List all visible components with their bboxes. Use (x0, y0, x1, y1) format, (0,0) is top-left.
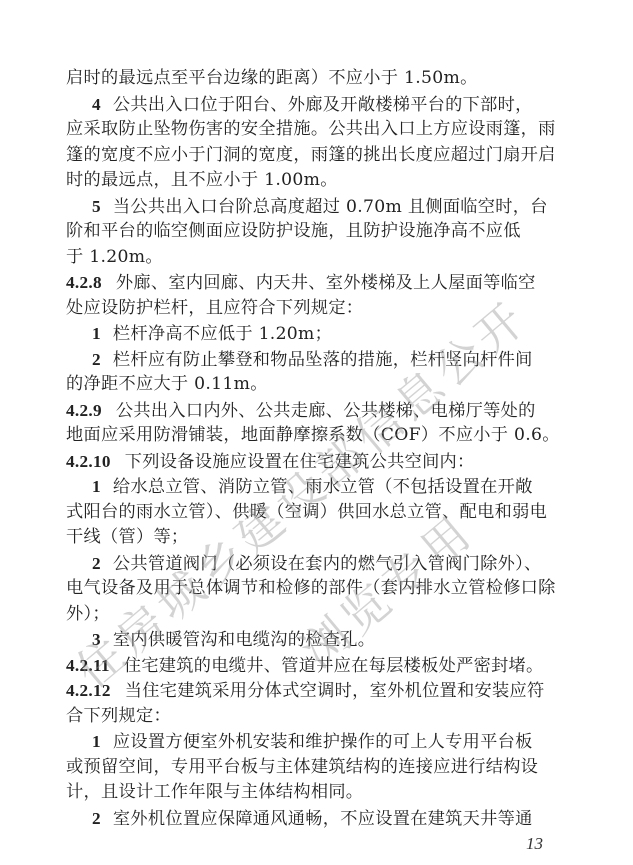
text-line: 干线（管）等； (66, 525, 556, 550)
list-item: 1给水总立管、消防立管、雨水立管（不包括设置在开敞 (66, 474, 556, 500)
line-text: 地面应采用防滑铺装，地面静摩擦系数（COF）不应小于 0.6。 (66, 425, 560, 445)
list-item: 2室外机位置应保障通风通畅，不应设置在建筑天井等通 (66, 806, 556, 832)
line-text: 启时的最远点至平台边缘的距离）不应小于 1.50m。 (66, 68, 478, 88)
list-item: 1应设置方便室外机安装和维护操作的可上人专用平台板 (66, 729, 556, 755)
text-line: 应采取防止坠物伤害的安全措施。公共出入口上方应设雨篷，雨 (66, 117, 556, 142)
section-clause: 4.2.10下列设备设施应设置在住宅建筑公共空间内： (66, 449, 556, 475)
item-number: 1 (92, 474, 101, 499)
line-text: 当住宅建筑采用分体式空调时，室外机位置和安装应符 (125, 681, 545, 701)
line-text: 应采取防止坠物伤害的安全措施。公共出入口上方应设雨篷，雨 (66, 119, 556, 139)
line-text: 时的最远点，且不应小于 1.00m。 (66, 170, 338, 190)
text-line: 时的最远点，且不应小于 1.00m。 (66, 168, 556, 193)
line-text: 或预留空间，专用平台板与主体建筑结构的连接应进行结构设 (66, 757, 538, 777)
line-text: 室内供暖管沟和电缆沟的检查孔。 (113, 630, 375, 650)
section-clause: 4.2.9公共出入口内外、公共走廊、公共楼梯、电梯厅等处的 (66, 398, 556, 424)
line-text: 篷的宽度不应小于门洞的宽度，雨篷的挑出长度应超过门扇开启 (66, 145, 556, 165)
line-text: 干线（管）等； (66, 527, 188, 547)
line-text: 当公共出入口台阶总高度超过 0.70m 且侧面临空时，台 (113, 197, 548, 217)
item-number: 2 (92, 551, 101, 576)
section-number: 4.2.8 (66, 270, 102, 295)
item-number: 1 (92, 729, 101, 754)
line-text: 给水总立管、消防立管、雨水立管（不包括设置在开敞 (113, 477, 533, 497)
text-line: 合下列规定： (66, 704, 556, 729)
line-text: 处应设防护栏杆，且应符合下列规定： (66, 298, 363, 318)
item-number: 5 (92, 194, 101, 219)
item-number: 2 (92, 806, 101, 831)
line-text: 的净距不应大于 0.11m。 (66, 374, 268, 394)
line-text: 下列设备设施应设置在住宅建筑公共空间内： (125, 452, 475, 472)
text-line: 电气设备及用于总体调节和检修的部件（套内排水立管检修口除 (66, 576, 556, 601)
line-text: 应设置方便室外机安装和维护操作的可上人专用平台板 (113, 732, 533, 752)
line-text: 公共出入口内外、公共走廊、公共楼梯、电梯厅等处的 (116, 401, 536, 421)
text-line: 或预留空间，专用平台板与主体建筑结构的连接应进行结构设 (66, 755, 556, 780)
list-item: 2公共管道阀门（必须设在套内的燃气引入管阀门除外）、 (66, 551, 556, 577)
text-line: 处应设防护栏杆，且应符合下列规定： (66, 296, 556, 321)
text-line: 计，且设计工作年限与主体结构相同。 (66, 780, 556, 805)
line-text: 栏杆应有防止攀登和物品坠落的措施，栏杆竖向杆件间 (113, 350, 533, 370)
line-text: 住宅建筑的电缆井、管道井应在每层楼板处严密封堵。 (124, 656, 544, 676)
line-text: 合下列规定： (66, 706, 171, 726)
line-text: 外廊、室内回廊、内天井、室外楼梯及上人屋面等临空 (116, 273, 536, 293)
list-item: 2栏杆应有防止攀登和物品坠落的措施，栏杆竖向杆件间 (66, 347, 556, 373)
line-text: 公共出入口位于阳台、外廊及开敞楼梯平台的下部时， (113, 95, 533, 115)
item-number: 2 (92, 347, 101, 372)
item-number: 4 (92, 92, 101, 117)
section-clause: 4.2.11住宅建筑的电缆井、管道井应在每层楼板处严密封堵。 (66, 653, 556, 679)
line-text: 阶和平台的临空侧面应设防护设施，且防护设施净高不应低 (66, 221, 521, 241)
text-line: 式阳台的雨水立管）、供暖（空调）供回水总立管、配电和弱电 (66, 500, 556, 525)
page-number: 13 (526, 834, 543, 854)
line-text: 式阳台的雨水立管）、供暖（空调）供回水总立管、配电和弱电 (66, 502, 547, 522)
text-line: 阶和平台的临空侧面应设防护设施，且防护设施净高不应低 (66, 219, 556, 244)
line-text: 计，且设计工作年限与主体结构相同。 (66, 782, 363, 802)
text-line: 外）； (66, 602, 556, 627)
text-line: 的净距不应大于 0.11m。 (66, 372, 556, 397)
text-line: 于 1.20m。 (66, 245, 556, 270)
list-item: 3室内供暖管沟和电缆沟的检查孔。 (66, 627, 556, 653)
section-number: 4.2.12 (66, 678, 111, 703)
line-text: 外）； (66, 604, 110, 624)
text-line: 地面应采用防滑铺装，地面静摩擦系数（COF）不应小于 0.6。 (66, 423, 556, 448)
list-item: 5当公共出入口台阶总高度超过 0.70m 且侧面临空时，台 (66, 194, 556, 220)
section-number: 4.2.10 (66, 449, 111, 474)
document-page: 启时的最远点至平台边缘的距离）不应小于 1.50m。 4公共出入口位于阳台、外廊… (0, 0, 633, 865)
text-line: 篷的宽度不应小于门洞的宽度，雨篷的挑出长度应超过门扇开启 (66, 143, 556, 168)
line-text: 室外机位置应保障通风通畅，不应设置在建筑天井等通 (113, 809, 533, 829)
line-text: 于 1.20m。 (66, 247, 163, 267)
line-text: 公共管道阀门（必须设在套内的燃气引入管阀门除外）、 (113, 554, 542, 574)
line-text: 电气设备及用于总体调节和检修的部件（套内排水立管检修口除 (66, 578, 556, 598)
section-number: 4.2.11 (66, 653, 110, 678)
item-number: 1 (92, 321, 101, 346)
section-clause: 4.2.8外廊、室内回廊、内天井、室外楼梯及上人屋面等临空 (66, 270, 556, 296)
section-number: 4.2.9 (66, 398, 102, 423)
list-item: 4公共出入口位于阳台、外廊及开敞楼梯平台的下部时， (66, 92, 556, 118)
text-line: 启时的最远点至平台边缘的距离）不应小于 1.50m。 (66, 66, 556, 91)
item-number: 3 (92, 627, 101, 652)
line-text: 栏杆净高不应低于 1.20m； (113, 324, 332, 344)
section-clause: 4.2.12当住宅建筑采用分体式空调时，室外机位置和安装应符 (66, 678, 556, 704)
list-item: 1栏杆净高不应低于 1.20m； (66, 321, 556, 347)
